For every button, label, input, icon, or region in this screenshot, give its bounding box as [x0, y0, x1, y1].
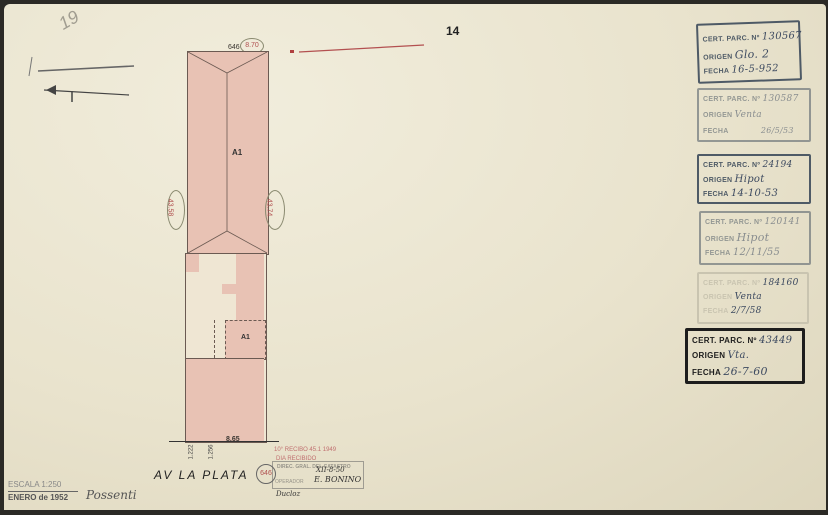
office-stamp-operator: E. BONINO [314, 475, 361, 484]
sheet-number: 14 [446, 24, 459, 38]
rear-notch-block [222, 284, 238, 294]
top-small-text: 646 [228, 44, 240, 51]
bottom-tick-2: 1.256 [209, 444, 215, 459]
office-stamp-operator-label: OPERADOR [275, 479, 304, 485]
street-line [169, 441, 279, 442]
roof-lines [187, 51, 269, 255]
office-stamp-date: XII-8-50 [316, 466, 345, 474]
bottom-tick-1: 1.222 [189, 444, 195, 459]
left-side-dimension: 43.58 [166, 199, 173, 217]
north-arrow-icon [24, 54, 144, 114]
stamp-2: CERT. PARC. Nº 130587 ORIGEN Venta FECHA… [697, 88, 811, 142]
right-side-dimension: 43.74 [265, 199, 272, 217]
stamp-6: CERT. PARC. Nº 43449 ORIGEN Vta. FECHA 2… [685, 328, 805, 384]
stamp-1: CERT. PARC. Nº 130567 ORIGEN Glo. 2 FECH… [696, 20, 802, 84]
rear-dashed-line [214, 320, 226, 358]
stamp-4: CERT. PARC. Nº 120141 ORIGEN Hipot FECHA… [699, 211, 811, 265]
stamp-5: CERT. PARC. Nº 184160 ORIGEN Venta FECHA… [697, 272, 809, 324]
corner-mark: 19 [55, 6, 83, 34]
date-line: ENERO de 1952 [8, 493, 68, 502]
rear-side-block [236, 254, 264, 320]
front-block [186, 358, 264, 441]
street-name: AV LA PLATA [154, 468, 248, 482]
stamp-3: CERT. PARC. Nº 24194 ORIGEN Hipot FECHA … [697, 154, 811, 204]
red-reference-line [289, 42, 429, 56]
building-label-main: A1 [232, 148, 242, 157]
signature: Possenti [86, 488, 137, 502]
bottom-dimension: 8.65 [226, 436, 240, 443]
office-stamp-signature: Ducloz [276, 490, 300, 498]
scale-underline [8, 491, 78, 492]
building-label-rear: A1 [241, 334, 250, 341]
cadastral-sheet: 19 14 646 8.70 A1 43.58 43.74 [4, 4, 826, 510]
scale-label: ESCALA 1:250 [8, 480, 61, 489]
rear-small-block [186, 254, 199, 272]
office-stamp-header: 10° RECIBO 45.1 1949 [274, 447, 336, 453]
